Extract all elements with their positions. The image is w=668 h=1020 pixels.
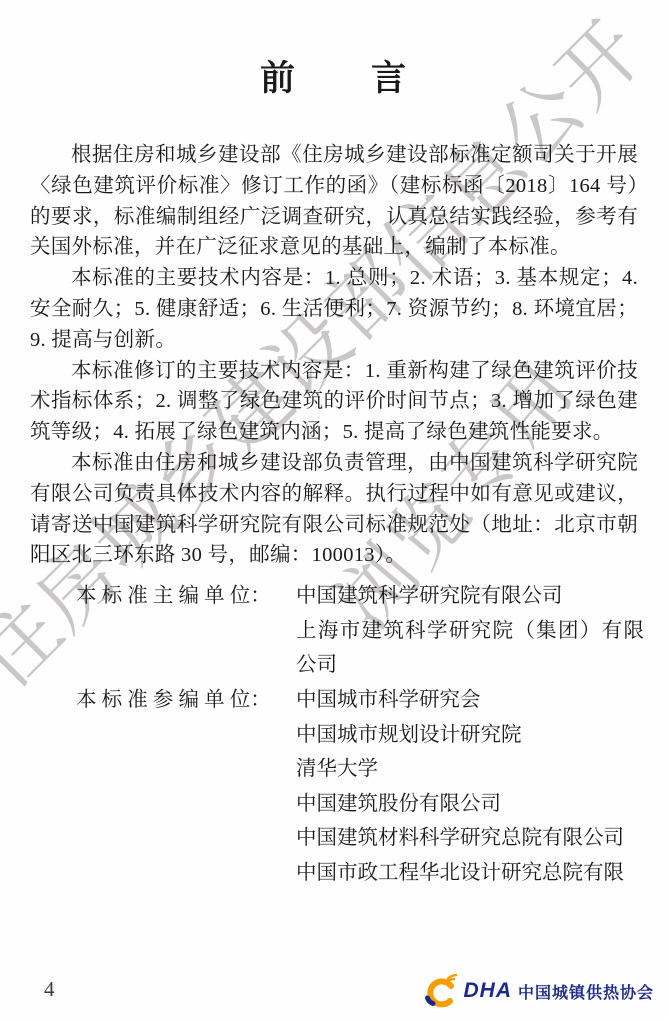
unit-name: 中国城市规划设计研究院 <box>296 718 644 753</box>
unit-name: 清华大学 <box>296 752 644 787</box>
participating-editor-label: 本 标 准 参 编 单 位： <box>76 683 296 718</box>
association-logo: DHA 中国城镇供热协会 <box>421 974 654 1008</box>
editing-units: 本 标 准 主 编 单 位： 中国建筑科学研究院有限公司 上海市建筑科学研究院（… <box>30 579 638 890</box>
unit-name: 中国建筑材料科学研究总院有限公司 <box>296 821 644 856</box>
paragraph: 本标准的主要技术内容是：1. 总则；2. 术语；3. 基本规定；4. 安全耐久；… <box>30 263 638 355</box>
body-text: 根据住房和城乡建设部《住房城乡建设部标准定额司关于开展〈绿色建筑评价标准〉修订工… <box>30 140 638 891</box>
chief-editor-row: 本 标 准 主 编 单 位： 中国建筑科学研究院有限公司 上海市建筑科学研究院（… <box>30 579 638 683</box>
chief-editor-units: 中国建筑科学研究院有限公司 上海市建筑科学研究院（集团）有限公司 <box>296 579 644 683</box>
page-title: 前 言 <box>0 0 668 100</box>
paragraph: 本标准修订的主要技术内容是：1. 重新构建了绿色建筑评价技术指标体系；2. 调整… <box>30 356 638 448</box>
logo-name-text: 中国城镇供热协会 <box>518 980 654 1003</box>
document-page: 住房城乡建设部信息公开 浏览专用 前 言 根据住房和城乡建设部《住房城乡建设部标… <box>0 0 668 1020</box>
cdha-logo-icon <box>421 974 461 1008</box>
paragraph: 根据住房和城乡建设部《住房城乡建设部标准定额司关于开展〈绿色建筑评价标准〉修订工… <box>30 140 638 263</box>
participating-editor-row: 本 标 准 参 编 单 位： 中国城市科学研究会 中国城市规划设计研究院 清华大… <box>30 683 638 891</box>
logo-acronym-text: DHA <box>463 979 512 1003</box>
unit-name: 中国建筑股份有限公司 <box>296 787 644 822</box>
participating-editor-units: 中国城市科学研究会 中国城市规划设计研究院 清华大学 中国建筑股份有限公司 中国… <box>296 683 644 891</box>
unit-name: 中国市政工程华北设计研究总院有限 <box>296 856 644 891</box>
unit-name: 中国建筑科学研究院有限公司 <box>296 579 644 614</box>
chief-editor-label: 本 标 准 主 编 单 位： <box>76 579 296 614</box>
page-number: 4 <box>44 977 55 1002</box>
unit-name: 上海市建筑科学研究院（集团）有限公司 <box>296 614 644 683</box>
paragraphs: 根据住房和城乡建设部《住房城乡建设部标准定额司关于开展〈绿色建筑评价标准〉修订工… <box>30 140 638 571</box>
paragraph: 本标准由住房和城乡建设部负责管理，由中国建筑科学研究院有限公司负责具体技术内容的… <box>30 448 638 571</box>
unit-name: 中国城市科学研究会 <box>296 683 644 718</box>
